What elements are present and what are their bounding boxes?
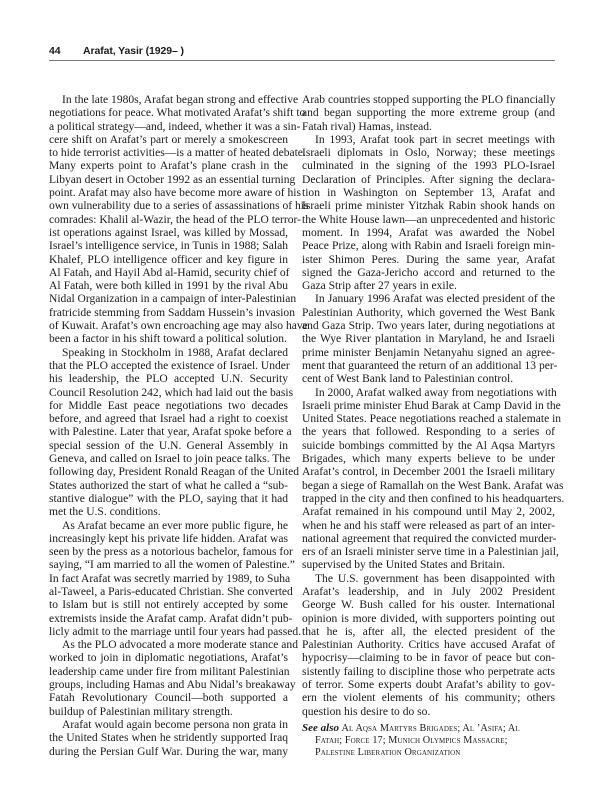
text-line: moment. In 1994, Arafat was awarded the … [302,227,555,240]
text-line: for Middle East peace negotiations two d… [49,400,288,413]
text-line: the United States when he stridently sup… [49,732,288,745]
text-line: ister Shimon Peres. During the same year… [302,254,555,267]
see-also-ref[interactable]: Palestine Liberation Organization [315,747,460,758]
text-line: ers of an Israeli minister serve time in… [302,546,555,559]
text-line: Arafat would again become persona non gr… [49,719,288,732]
paragraph: The U.S. government has been disappointe… [302,573,555,719]
text-line: In January 1996 Arafat was elected presi… [302,293,555,306]
text-line: sistently failing to discipline those wh… [302,666,555,679]
text-line: of Kuwait. Arafat’s own encroaching age … [49,320,288,333]
text-line: seen by the press as a notorious bachelo… [49,546,288,559]
book-page: 44 Arafat, Yasir (1929– ) In the late 19… [0,0,614,800]
text-line: met the U.S. conditions. [49,506,288,519]
text-line: Council Resolution 242, which had laid o… [49,387,288,400]
text-line: Palestinian Authority. Critics have accu… [302,639,555,652]
text-line: Gaza Strip after 27 years in exile. [302,280,555,293]
text-line: his leadership, the PLO accepted U.N. Se… [49,373,288,386]
text-line: tion in Washington on September 13, Araf… [302,187,555,200]
text-line: before, and agreed that Israel had a rig… [49,413,288,426]
right-column: Arab countries stopped supporting the PL… [302,94,555,760]
text-line: special session of the U.N. General Asse… [49,440,288,453]
text-line: during the Persian Gulf War. During the … [49,746,288,759]
running-title: Arafat, Yasir (1929– ) [83,45,184,57]
paragraph: In January 1996 Arafat was elected presi… [302,293,555,386]
text-line: cent of West Bank land to Palestinian co… [302,373,555,386]
text-line: Palestinian Authority, which governed th… [302,307,555,320]
text-line: saying, “I am married to all the women o… [49,559,288,572]
text-line: negotiations for peace. What motivated A… [49,107,288,120]
text-line: stantive dialogue” with the PLO, saying … [49,493,288,506]
see-also-ref[interactable]: Fatah; Force 17; Munich Olympics Massacr… [315,735,508,746]
text-line: United States. Peace negotiations reache… [302,413,555,426]
text-line: began a siege of Ramallah on the West Ba… [302,480,555,493]
text-line: question his desire to do so. [302,706,555,719]
text-line: Fatah rival) Hamas, instead. [302,121,555,134]
text-line: of terror. Some experts doubt Arafat’s a… [302,679,555,692]
text-line: In 1993, Arafat took part in secret meet… [302,134,555,147]
text-line: prime minister Benjamin Netanyahu signed… [302,347,555,360]
text-line: comrades: Khalil al-Wazir, the head of t… [49,214,288,227]
text-line: the White House lawn—an unprecedented an… [302,214,555,227]
text-line: Peace Prize, along with Rabin and Israel… [302,240,555,253]
text-line: ment that guaranteed the return of an ad… [302,360,555,373]
text-line: Arab countries stopped supporting the PL… [302,94,555,107]
text-line: own vulnerability due to a series of ass… [49,200,288,213]
text-line: supervised by the United States and Brit… [302,559,555,572]
text-line: Nidal Organization in a campaign of inte… [49,293,288,306]
text-line: that the PLO accepted the existence of I… [49,360,288,373]
text-line: Speaking in Stockholm in 1988, Arafat de… [49,347,288,360]
text-line: In the late 1980s, Arafat began strong a… [49,94,288,107]
text-line: buildup of Palestinian military strength… [49,706,288,719]
text-line: that he is, after all, the elected presi… [302,626,555,639]
text-line: to Islam but is still not entirely accep… [49,599,288,612]
text-line: extremists inside the Arafat camp. Arafa… [49,613,288,626]
see-also-block: See also Al Aqsa Martyrs Brigades; Al ’A… [302,722,555,760]
right-column-paragraphs: Arab countries stopped supporting the PL… [302,94,555,719]
running-header: 44 Arafat, Yasir (1929– ) [49,44,555,61]
text-line: Declaration of Principles. After signing… [302,174,555,187]
text-line: groups, including Hamas and Abu Nidal’s … [49,679,288,692]
text-line: with Palestine. Later that year, Arafat … [49,426,288,439]
text-line: a political strategy—and, indeed, whethe… [49,121,288,134]
text-line: As Arafat became an ever more public fig… [49,520,288,533]
text-line: Geneva, and called on Israel to join pea… [49,453,288,466]
text-line: national agreement that required the con… [302,533,555,546]
text-line: Al Fatah, and Hayil Abd al-Hamid, securi… [49,267,288,280]
text-line: al-Taweel, a Paris-educated Christian. S… [49,586,288,599]
text-line: George W. Bush called for his ouster. In… [302,599,555,612]
text-line: increasingly kept his private life hidde… [49,533,288,546]
text-line: fratricide stemming from Saddam Hussein’… [49,307,288,320]
text-line: ern the violent elements of his communit… [302,692,555,705]
paragraph: In the late 1980s, Arafat began strong a… [49,94,288,347]
text-line: to hide terrorist activities—is a matter… [49,147,288,160]
text-line: Fatah Revolutionary Council—both support… [49,692,288,705]
left-column: In the late 1980s, Arafat began strong a… [49,94,288,759]
text-line: when he and his staff were released as p… [302,520,555,533]
text-line: trapped in the city and then confined to… [302,493,555,506]
text-line: In fact Arafat was secretly married by 1… [49,573,288,586]
text-line: Many experts point to Arafat’s plane cra… [49,160,288,173]
paragraph: In 1993, Arafat took part in secret meet… [302,134,555,294]
text-line: cere shift on Arafat’s part or merely a … [49,134,288,147]
text-line: Israel’s intelligence service, in Tunis … [49,240,288,253]
text-line: Khalef, PLO intelligence officer and key… [49,254,288,267]
see-also-ref[interactable]: Al Aqsa Martyrs Brigades; Al ’Asifa; Al [342,723,520,734]
text-line: Israeli prime minister Ehud Barak at Cam… [302,400,555,413]
text-line: The U.S. government has been disappointe… [302,573,555,586]
text-line: States authorized the start of what he c… [49,480,288,493]
text-line: signed the Gaza-Jericho accord and retur… [302,267,555,280]
text-line: Arafat’s control, in December 2001 the I… [302,466,555,479]
text-line: In 2000, Arafat walked away from negotia… [302,387,555,400]
text-line: Libyan desert in October 1992 as an esse… [49,174,288,187]
text-line: ist operations against Israel, was kille… [49,227,288,240]
text-line: point. Arafat may also have become more … [49,187,288,200]
text-line: leadership came under fire from militant… [49,666,288,679]
text-line: Brigades, which many experts believe to … [302,453,555,466]
paragraph: Speaking in Stockholm in 1988, Arafat de… [49,347,288,520]
text-line: and began supporting the more extreme gr… [302,107,555,120]
text-line: suicide bombings committed by the Al Aqs… [302,440,555,453]
paragraph: In 2000, Arafat walked away from negotia… [302,387,555,573]
text-line: Arafat’s leadership, and in July 2002 Pr… [302,586,555,599]
text-line: the Wye River plantation in Maryland, he… [302,333,555,346]
text-line: worked to join in diplomatic negotiation… [49,652,288,665]
paragraph: As Arafat became an ever more public fig… [49,520,288,640]
text-line: following day, President Ronald Reagan o… [49,466,288,479]
text-line: culminated in the signing of the 1993 PL… [302,160,555,173]
text-line: been a factor in his shift toward a poli… [49,333,288,346]
text-line: As the PLO advocated a more moderate sta… [49,639,288,652]
text-line: Al Fatah, were both killed in 1991 by th… [49,280,288,293]
text-line: Arafat remained in his compound until Ma… [302,506,555,519]
text-line: and Gaza Strip. Two years later, during … [302,320,555,333]
see-also-label: See also [302,722,339,734]
page-number: 44 [49,45,60,57]
text-line: Israeli prime minister Yitzhak Rabin sho… [302,200,555,213]
paragraph: Arafat would again become persona non gr… [49,719,288,759]
paragraph: Arab countries stopped supporting the PL… [302,94,555,134]
text-line: Israeli diplomats in Oslo, Norway; these… [302,147,555,160]
text-line: licly admit to the marriage until four y… [49,626,288,639]
text-line: the years that followed. Responding to a… [302,426,555,439]
paragraph: As the PLO advocated a more moderate sta… [49,639,288,719]
text-line: hypocrisy—claiming to be in favor of pea… [302,652,555,665]
text-line: opinion is more divided, with supporters… [302,613,555,626]
